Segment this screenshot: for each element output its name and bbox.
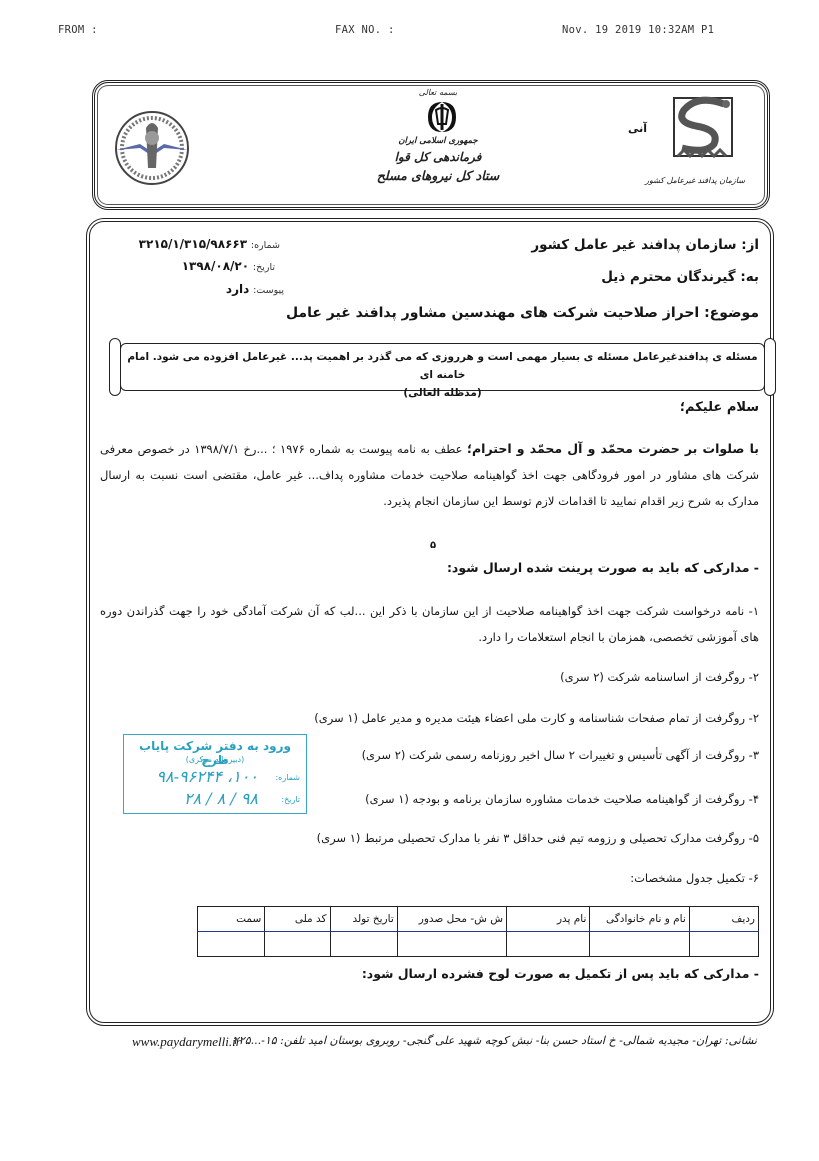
column-header: نام پدر — [507, 907, 590, 932]
stamp-date-value: ۹۸ / ۸ / ۲۸ — [184, 789, 258, 808]
quote-banner: مسئله ی پدافندغیرعامل مسئله ی بسیار مهمی… — [120, 343, 765, 391]
letter-number-label: شماره: — [251, 240, 280, 251]
letter-number-value: ۳۲۱۵/۱/۳۱۵/۹۸۶۶۳ — [139, 237, 247, 251]
armed-forces-emblem-icon — [112, 108, 192, 188]
list-item: ۱- نامه درخواست شرکت جهت اخذ گواهینامه ص… — [100, 598, 759, 650]
footer-website: www.paydarymelli.ir — [132, 1034, 241, 1050]
scroll-end-right — [764, 338, 776, 396]
footer-address: نشانی: تهران- مجیدیه شمالی- خ استاد حسن … — [233, 1034, 757, 1047]
country-name: جمهوری اسلامی ایران — [338, 136, 538, 146]
list-item: ۲- روگرفت از تمام صفحات شناسنامه و کارت … — [314, 705, 759, 731]
specifications-table: ردیف نام و نام خانوادگی نام پدر ش ش- محل… — [197, 906, 759, 957]
table-cell — [330, 932, 397, 957]
staff-name: ستاد کل نیروهای مسلح — [338, 168, 538, 183]
fax-number: FAX NO. : — [335, 24, 395, 36]
from-line: از: سازمان پدافند غیر عامل کشور — [531, 237, 759, 253]
letter-date-value: ۱۳۹۸/۰۸/۲۰ — [182, 259, 249, 273]
fax-timestamp: Nov. 19 2019 10:32AM P1 — [562, 24, 714, 36]
table-header-row: ردیف نام و نام خانوادگی نام پدر ش ش- محل… — [198, 907, 759, 932]
column-header: تاریخ تولد — [330, 907, 397, 932]
print-section-title: - مدارکی که باید به صورت پرینت شده ارسال… — [447, 560, 759, 575]
command-name: فرماندهی کل قوا — [338, 150, 538, 164]
lamination-section-title: - مدارکی که باید پس از تکمیل به صورت لوح… — [362, 966, 759, 981]
table-cell — [507, 932, 590, 957]
subject-line: موضوع: احراز صلاحیت شرکت های مهندسین مشا… — [286, 305, 759, 321]
column-header: کد ملی — [265, 907, 330, 932]
table-cell — [590, 932, 689, 957]
intro-salutation: با صلوات بر حضرت محمّد و آل محمّد و احتر… — [467, 441, 759, 456]
receipt-stamp: ورود به دفتر شرکت پایاب طرح (دبیرخانه مر… — [123, 734, 307, 814]
table-row — [198, 932, 759, 957]
intro-paragraph: با صلوات بر حضرت محمّد و آل محمّد و احتر… — [100, 436, 759, 514]
fax-header: FROM : FAX NO. : Nov. 19 2019 10:32AM P1 — [0, 24, 819, 40]
column-header: ردیف — [689, 907, 758, 932]
column-header: ش ش- محل صدور — [397, 907, 506, 932]
stamp-date-row: تاریخ: ۹۸ / ۸ / ۲۸ — [130, 789, 300, 809]
table-cell — [397, 932, 506, 957]
handwritten-mark: ۵ — [430, 540, 436, 551]
table-cell — [265, 932, 330, 957]
fax-from: FROM : — [58, 24, 98, 36]
stamp-number-value: ۱۰۰، ۹۸-۹۶۲۴۴ — [156, 767, 258, 786]
letter-attachment: پیوست: دارد — [120, 282, 284, 296]
urgency-label: آنی — [628, 122, 647, 135]
table-cell — [689, 932, 758, 957]
stamp-subtitle: (دبیرخانه مرکزی) — [124, 755, 306, 764]
to-line: به: گیرندگان محترم ذیل — [601, 269, 759, 285]
letter-date: تاریخ: ۱۳۹۸/۰۸/۲۰ — [120, 259, 275, 273]
passive-defense-logo-icon — [668, 92, 738, 172]
scroll-end-left — [109, 338, 121, 396]
list-item: ۲- روگرفت از اساسنامه شرکت (۲ سری) — [560, 664, 759, 690]
letter-date-label: تاریخ: — [253, 262, 275, 273]
invocation-text: بسمه تعالی — [338, 88, 538, 97]
stamp-number-row: شماره: ۱۰۰، ۹۸-۹۶۲۴۴ — [130, 767, 300, 787]
stamp-number-label: شماره: — [275, 773, 300, 782]
quote-text: مسئله ی پدافندغیرعامل مسئله ی بسیار مهمی… — [121, 348, 764, 384]
column-header: نام و نام خانوادگی — [590, 907, 689, 932]
table-cell — [198, 932, 265, 957]
column-header: سمت — [198, 907, 265, 932]
attachment-label: پیوست: — [253, 285, 284, 296]
org-caption: سازمان پدافند غیرعامل کشور — [640, 176, 750, 185]
stamp-date-label: تاریخ: — [281, 795, 300, 804]
quote-attribution: (مدظله العالی) — [121, 384, 764, 402]
list-item: ۵- روگرفت مدارک تحصیلی و رزومه تیم فنی ح… — [317, 825, 759, 851]
list-item: ۴- روگرفت از گواهینامه صلاحیت خدمات مشاو… — [365, 786, 759, 812]
letter-number: شماره: ۳۲۱۵/۱/۳۱۵/۹۸۶۶۳ — [120, 237, 280, 251]
iran-emblem-icon — [420, 100, 464, 134]
greeting: سلام علیکم؛ — [680, 400, 759, 415]
list-item: ۳- روگرفت از آگهی تأسیس و تغییرات ۲ سال … — [362, 742, 759, 768]
attachment-value: دارد — [226, 282, 249, 296]
list-item: ۶- تکمیل جدول مشخصات: — [630, 865, 759, 891]
